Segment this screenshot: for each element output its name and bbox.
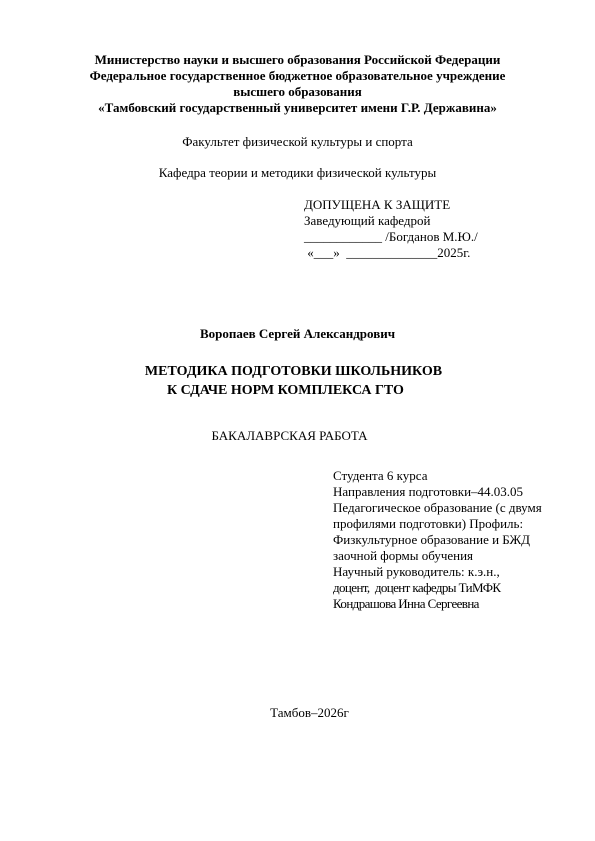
approval-signature: ____________ /Богданов М.Ю./ [304, 229, 478, 245]
department-name: Кафедра теории и методики физической кул… [0, 165, 595, 181]
faculty-name: Факультет физической культуры и спорта [0, 134, 595, 150]
student-info-line: доцент, доцент кафедры ТиМФК [333, 580, 542, 596]
thesis-title-line-1: МЕТОДИКА ПОДГОТОВКИ ШКОЛЬНИКОВ [0, 364, 591, 380]
university-name: «Тамбовский государственный университет … [0, 100, 595, 116]
student-info-block: Студента 6 курса Направления подготовки–… [333, 468, 542, 612]
approval-date: «___» ______________2025г. [304, 245, 478, 261]
institution-line-1: Федеральное государственное бюджетное об… [0, 68, 595, 84]
thesis-type: БАКАЛАВРСКАЯ РАБОТА [0, 428, 587, 444]
student-info-line: заочной формы обучения [333, 548, 542, 564]
student-info-line: профилями подготовки) Профиль: [333, 516, 542, 532]
student-info-line: Научный руководитель: к.э.н., [333, 564, 542, 580]
student-info-line: Направления подготовки–44.03.05 [333, 484, 542, 500]
ministry-line: Министерство науки и высшего образования… [0, 52, 595, 68]
city-year: Тамбов–2026г [12, 705, 595, 721]
student-info-line: Физкультурное образование и БЖД [333, 532, 542, 548]
student-info-line: Студента 6 курса [333, 468, 542, 484]
student-info-line: Кондрашова Инна Сергеевна [333, 596, 542, 612]
student-info-line: Педагогическое образование (с двумя [333, 500, 542, 516]
approval-role: Заведующий кафедрой [304, 213, 478, 229]
author-name: Воропаев Сергей Александрович [0, 326, 595, 342]
approval-title: ДОПУЩЕНА К ЗАЩИТЕ [304, 197, 478, 213]
thesis-title-line-2: К СДАЧЕ НОРМ КОМПЛЕКСА ГТО [0, 383, 583, 399]
institution-line-2: высшего образования [0, 84, 595, 100]
approval-block: ДОПУЩЕНА К ЗАЩИТЕ Заведующий кафедрой __… [304, 197, 478, 261]
